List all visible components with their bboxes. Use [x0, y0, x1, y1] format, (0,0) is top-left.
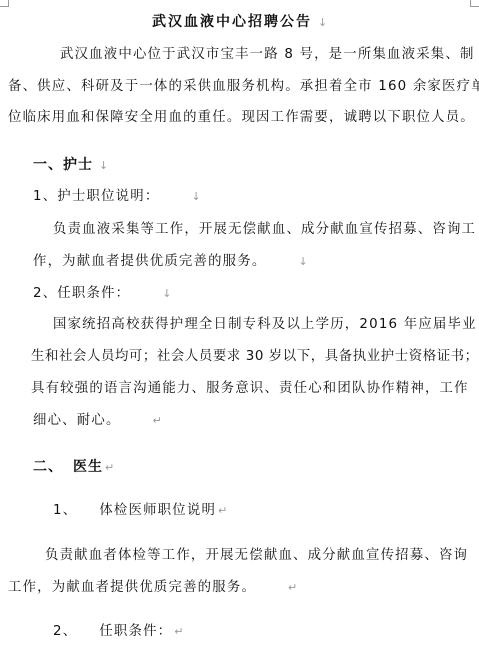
page-corner-mark-top-right	[470, 0, 479, 7]
line-break-mark: ↓	[99, 159, 108, 172]
doctor-item-2-label: 2、任职条件：↵	[53, 623, 183, 641]
item-label-text: 2、任职条件：	[33, 286, 130, 301]
item-number: 2、	[53, 624, 77, 639]
line-break-mark: ↓	[298, 255, 307, 268]
doctor-item-1-line-1: 负责献血者体检等工作，开展无偿献血、成分献血宣传招募、咨询	[45, 547, 468, 565]
item-label-text: 1、护士职位说明：	[33, 189, 159, 204]
intro-line-3: 位临床用血和保障安全用血的重任。现因工作需要，诚聘以下职位人员。↵	[8, 109, 479, 127]
heading-number: 二、	[33, 459, 63, 475]
line-text: 细心、耐心。	[33, 413, 121, 428]
nurse-item-2-line-1: 国家统招高校获得护理全日制专科及以上学历，2016 年应届毕业	[53, 316, 477, 334]
heading-text: 一、护士	[33, 157, 93, 173]
doctor-item-1-label: 1、体检医师职位说明↵	[53, 502, 227, 520]
nurse-item-1-line-2: 作，为献血者提供优质完善的服务。↓	[33, 253, 308, 271]
item-label-text: 任职条件：	[99, 624, 172, 639]
line-text: 工作，为献血者提供优质完善的服务。	[8, 580, 256, 595]
page-corner-mark-top-left	[0, 0, 9, 7]
intro-line-1: 武汉血液中心位于武汉市宝丰一路 8 号，是一所集血液采集、制	[60, 46, 475, 64]
nurse-item-2-line-4: 细心、耐心。↵	[33, 412, 162, 430]
nurse-item-2-line-2: 生和社会人员均可；社会人员要求 30 岁以下，具备执业护士资格证书；	[31, 348, 479, 366]
title-text: 武汉血液中心招聘公告	[152, 14, 312, 30]
line-break-mark: ↓	[318, 16, 327, 29]
line-text: 作，为献血者提供优质完善的服务。	[33, 254, 266, 269]
paragraph-mark: ↵	[218, 504, 227, 517]
item-label-text: 体检医师职位说明	[99, 503, 216, 518]
nurse-item-2-line-3: 具有较强的语言沟通能力、服务意识、责任心和团队协作精神，工作	[31, 380, 469, 398]
paragraph-mark: ↵	[153, 414, 162, 427]
nurse-item-1-line-1: 负责血液采集等工作，开展无偿献血、成分献血宣传招募、咨询工	[53, 221, 476, 239]
nurse-item-1-label: 1、护士职位说明：↓	[33, 188, 201, 206]
intro-line-2: 备、供应、科研及于一体的采供血服务机构。承担着全市 160 余家医疗单	[8, 78, 479, 96]
line-break-mark: ↓	[191, 190, 200, 203]
item-number: 1、	[53, 503, 77, 518]
line-break-mark: ↓	[162, 287, 171, 300]
document-title: 武汉血液中心招聘公告↓	[152, 13, 327, 32]
paragraph-mark: ↵	[174, 625, 183, 638]
heading-text: 医生	[73, 459, 103, 475]
paragraph-mark: ↵	[288, 581, 297, 594]
paragraph-mark: ↵	[105, 461, 114, 474]
intro-line-3-text: 位临床用血和保障安全用血的重任。现因工作需要，诚聘以下职位人员。	[8, 110, 475, 125]
doctor-item-1-line-2: 工作，为献血者提供优质完善的服务。↵	[8, 579, 297, 597]
section-heading-doctor: 二、医生↵	[33, 458, 114, 477]
section-heading-nurse: 一、护士↓	[33, 156, 108, 175]
nurse-item-2-label: 2、任职条件：↓	[33, 285, 171, 303]
